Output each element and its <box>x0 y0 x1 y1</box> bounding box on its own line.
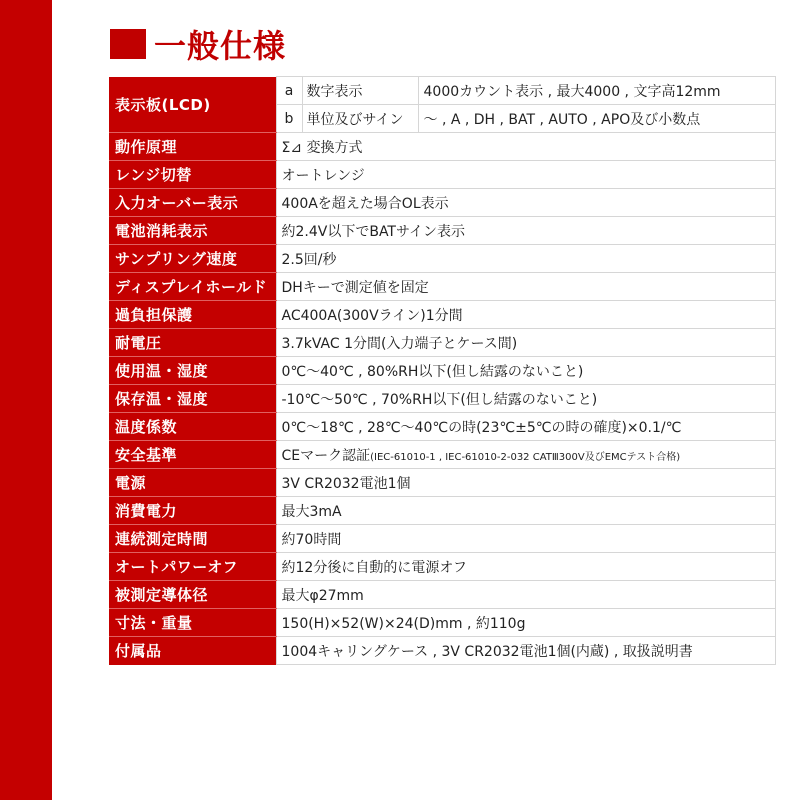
table-row: 耐電圧 3.7kVAC 1分間(入力端子とケース間) <box>109 329 776 357</box>
lcd-sub-key-b: b <box>276 105 302 133</box>
row-label: 安全基準 <box>109 441 276 469</box>
row-label: 電池消耗表示 <box>109 217 276 245</box>
row-label: ディスプレイホールド <box>109 273 276 301</box>
table-row: 安全基準 CEマーク認証(IEC-61010-1 , IEC-61010-2-0… <box>109 441 776 469</box>
table-row: 連続測定時間 約70時間 <box>109 525 776 553</box>
row-value: 150(H)×52(W)×24(D)mm , 約110g <box>276 609 776 637</box>
row-value: 最大3mA <box>276 497 776 525</box>
lcd-sub-label-b: 単位及びサイン <box>302 105 418 133</box>
page-title: 一般仕様 <box>110 22 286 66</box>
lcd-sub-key-a: a <box>276 77 302 105</box>
row-value: 0℃〜18℃ , 28℃〜40℃の時(23℃±5℃の時の確度)×0.1/℃ <box>276 413 776 441</box>
row-label: 寸法・重量 <box>109 609 276 637</box>
row-label: 被測定導体径 <box>109 581 276 609</box>
spec-table: 表示板(LCD) a 数字表示 4000カウント表示 , 最大4000 , 文字… <box>109 76 776 665</box>
row-value: 最大φ27mm <box>276 581 776 609</box>
row-value: Σ⊿ 変換方式 <box>276 133 776 161</box>
table-row: 電源 3V CR2032電池1個 <box>109 469 776 497</box>
table-row: 電池消耗表示 約2.4V以下でBATサイン表示 <box>109 217 776 245</box>
row-value: 約70時間 <box>276 525 776 553</box>
row-label: 電源 <box>109 469 276 497</box>
table-row: ディスプレイホールド DHキーで測定値を固定 <box>109 273 776 301</box>
row-value: 2.5回/秒 <box>276 245 776 273</box>
row-label: 動作原理 <box>109 133 276 161</box>
safety-standard-note: (IEC-61010-1 , IEC-61010-2-032 CATⅢ300V及… <box>370 452 680 463</box>
row-value: 約12分後に自動的に電源オフ <box>276 553 776 581</box>
row-value: 3.7kVAC 1分間(入力端子とケース間) <box>276 329 776 357</box>
row-value: DHキーで測定値を固定 <box>276 273 776 301</box>
row-value: -10℃〜50℃ , 70%RH以下(但し結露のないこと) <box>276 385 776 413</box>
table-row: 使用温・湿度 0℃〜40℃ , 80%RH以下(但し結露のないこと) <box>109 357 776 385</box>
row-value: 0℃〜40℃ , 80%RH以下(但し結露のないこと) <box>276 357 776 385</box>
table-row: 温度係数 0℃〜18℃ , 28℃〜40℃の時(23℃±5℃の時の確度)×0.1… <box>109 413 776 441</box>
table-row: 過負担保護 AC400A(300Vライン)1分間 <box>109 301 776 329</box>
row-label: 消費電力 <box>109 497 276 525</box>
lcd-sub-label-a: 数字表示 <box>302 77 418 105</box>
row-label: 使用温・湿度 <box>109 357 276 385</box>
row-value: オートレンジ <box>276 161 776 189</box>
row-label: 付属品 <box>109 637 276 665</box>
table-row: レンジ切替 オートレンジ <box>109 161 776 189</box>
row-value: 約2.4V以下でBATサイン表示 <box>276 217 776 245</box>
table-row-lcd-a: 表示板(LCD) a 数字表示 4000カウント表示 , 最大4000 , 文字… <box>109 77 776 105</box>
safety-standard-value: CEマーク認証 <box>282 448 371 464</box>
row-label: 入力オーバー表示 <box>109 189 276 217</box>
row-value-safety: CEマーク認証(IEC-61010-1 , IEC-61010-2-032 CA… <box>276 441 776 469</box>
table-row: 被測定導体径 最大φ27mm <box>109 581 776 609</box>
row-value: 400Aを超えた場合OL表示 <box>276 189 776 217</box>
lcd-sub-value-a: 4000カウント表示 , 最大4000 , 文字高12mm <box>418 77 776 105</box>
row-label: 連続測定時間 <box>109 525 276 553</box>
lcd-sub-value-b: 〜 , A , DH , BAT , AUTO , APO及び小数点 <box>418 105 776 133</box>
row-value: 1004キャリングケース , 3V CR2032電池1個(内蔵) , 取扱説明書 <box>276 637 776 665</box>
row-label-lcd: 表示板(LCD) <box>109 77 276 133</box>
table-row: 寸法・重量 150(H)×52(W)×24(D)mm , 約110g <box>109 609 776 637</box>
row-label: 耐電圧 <box>109 329 276 357</box>
row-label: オートパワーオフ <box>109 553 276 581</box>
table-row: 入力オーバー表示 400Aを超えた場合OL表示 <box>109 189 776 217</box>
row-label: レンジ切替 <box>109 161 276 189</box>
title-square-marker-icon <box>110 29 146 59</box>
table-row: 動作原理 Σ⊿ 変換方式 <box>109 133 776 161</box>
table-row: 保存温・湿度 -10℃〜50℃ , 70%RH以下(但し結露のないこと) <box>109 385 776 413</box>
row-label: 保存温・湿度 <box>109 385 276 413</box>
table-row: サンプリング速度 2.5回/秒 <box>109 245 776 273</box>
row-label: 過負担保護 <box>109 301 276 329</box>
row-label: 温度係数 <box>109 413 276 441</box>
table-row: オートパワーオフ 約12分後に自動的に電源オフ <box>109 553 776 581</box>
row-value: 3V CR2032電池1個 <box>276 469 776 497</box>
table-row: 付属品 1004キャリングケース , 3V CR2032電池1個(内蔵) , 取… <box>109 637 776 665</box>
left-red-band <box>0 0 52 800</box>
row-value: AC400A(300Vライン)1分間 <box>276 301 776 329</box>
page-title-text: 一般仕様 <box>154 21 286 67</box>
table-row: 消費電力 最大3mA <box>109 497 776 525</box>
row-label: サンプリング速度 <box>109 245 276 273</box>
